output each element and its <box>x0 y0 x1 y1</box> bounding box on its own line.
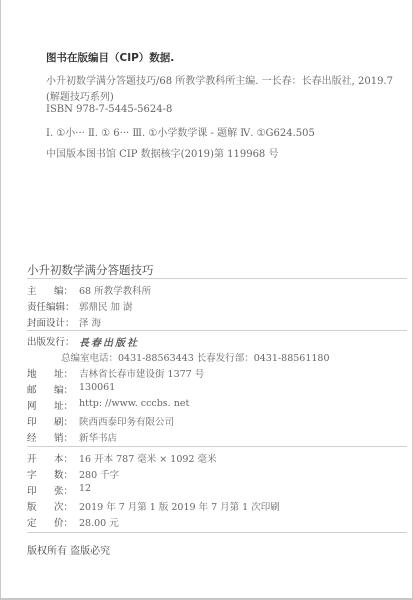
row-label: 版次： <box>27 499 73 513</box>
publisher-phones: 总编室电话：0431-88563443 长春发行部：0431-88561180 <box>61 350 330 364</box>
cip-heading: 图书在版编目（CIP）数据. <box>46 50 174 65</box>
copyright-notice: 版权所有 盗版必究 <box>27 542 110 557</box>
divider <box>27 532 407 533</box>
row-label: 定价： <box>27 515 73 529</box>
credit-row-cover-design: 封面设计： 泽 海 <box>27 315 101 329</box>
publisher-website-row: 网址： http: //www. cccbs. net <box>27 398 189 412</box>
row-value: 2019 年 7 月第 1 版 2019 年 7 月第 1 次印刷 <box>79 499 280 513</box>
row-label: 印刷： <box>27 414 73 428</box>
publisher-postcode-row: 邮编： 130061 <box>27 382 115 396</box>
credit-value: 68 所教学教科所 <box>79 283 151 297</box>
divider <box>27 330 407 331</box>
divider <box>27 278 407 279</box>
spec-row-word-count: 字数： 280 千字 <box>27 467 119 481</box>
spec-row-edition: 版次： 2019 年 7 月第 1 版 2019 年 7 月第 1 次印刷 <box>27 499 280 513</box>
row-value: 12 <box>79 483 91 497</box>
row-value: http: //www. cccbs. net <box>79 398 189 412</box>
publisher-logo: 長春出版社 <box>79 334 139 349</box>
row-label: 开本： <box>27 451 73 465</box>
row-value: 280 千字 <box>79 467 119 481</box>
row-label: 网址： <box>27 398 73 412</box>
cip-line-series: (解题技巧系列) <box>46 88 114 103</box>
credit-row-editor: 主编： 68 所教学教科所 <box>27 283 151 297</box>
row-value: 130061 <box>79 382 115 396</box>
credit-label: 封面设计： <box>27 315 79 329</box>
credit-value: 泽 海 <box>79 315 101 329</box>
row-value: 新华书店 <box>79 430 117 444</box>
row-label: 地址： <box>27 366 73 380</box>
credit-row-responsible-editor: 责任编辑： 郭鼎民 加 澍 <box>27 299 133 313</box>
publisher-label: 出版发行： <box>27 334 79 349</box>
row-value: 陕西西泰印务有限公司 <box>79 414 174 428</box>
cip-line-citation: 小升初数学满分答题技巧/68 所教学教科所主编. 一长春：长春出版社, 2019… <box>46 72 393 87</box>
spec-row-sheets: 印张： 12 <box>27 483 91 497</box>
spec-row-format: 开本： 16 开本 787 毫米 × 1092 毫米 <box>27 451 216 465</box>
row-label: 经销： <box>27 430 73 444</box>
publisher-row: 出版发行： 長春出版社 <box>27 334 139 349</box>
row-label: 字数： <box>27 467 73 481</box>
book-title: 小升初数学满分答题技巧 <box>27 262 154 278</box>
row-label: 印张： <box>27 483 73 497</box>
publisher-address-row: 地址： 吉林省长春市建设街 1377 号 <box>27 366 204 380</box>
row-label: 邮编： <box>27 382 73 396</box>
credit-label: 主编： <box>27 283 73 297</box>
cip-line-classification: Ⅰ. ①小··· Ⅱ. ① 6··· Ⅲ. ①小学数学课 - 题解 Ⅳ. ①G6… <box>46 124 315 139</box>
row-value: 16 开本 787 毫米 × 1092 毫米 <box>79 451 216 465</box>
cip-line-isbn: ISBN 978-7-5445-5624-8 <box>46 104 172 115</box>
cip-line-record-number: 中国版本图书馆 CIP 数据核字(2019)第 119968 号 <box>46 145 278 160</box>
printer-row: 印刷： 陕西西泰印务有限公司 <box>27 414 174 428</box>
row-value: 吉林省长春市建设街 1377 号 <box>79 366 204 380</box>
credit-label: 责任编辑： <box>27 299 79 313</box>
row-value: 28.00 元 <box>79 515 119 529</box>
distributor-row: 经销： 新华书店 <box>27 430 117 444</box>
copyright-page: 图书在版编目（CIP）数据. 小升初数学满分答题技巧/68 所教学教科所主编. … <box>0 0 413 600</box>
credit-value: 郭鼎民 加 澍 <box>79 299 133 313</box>
spec-row-price: 定价： 28.00 元 <box>27 515 119 529</box>
divider <box>27 446 407 447</box>
